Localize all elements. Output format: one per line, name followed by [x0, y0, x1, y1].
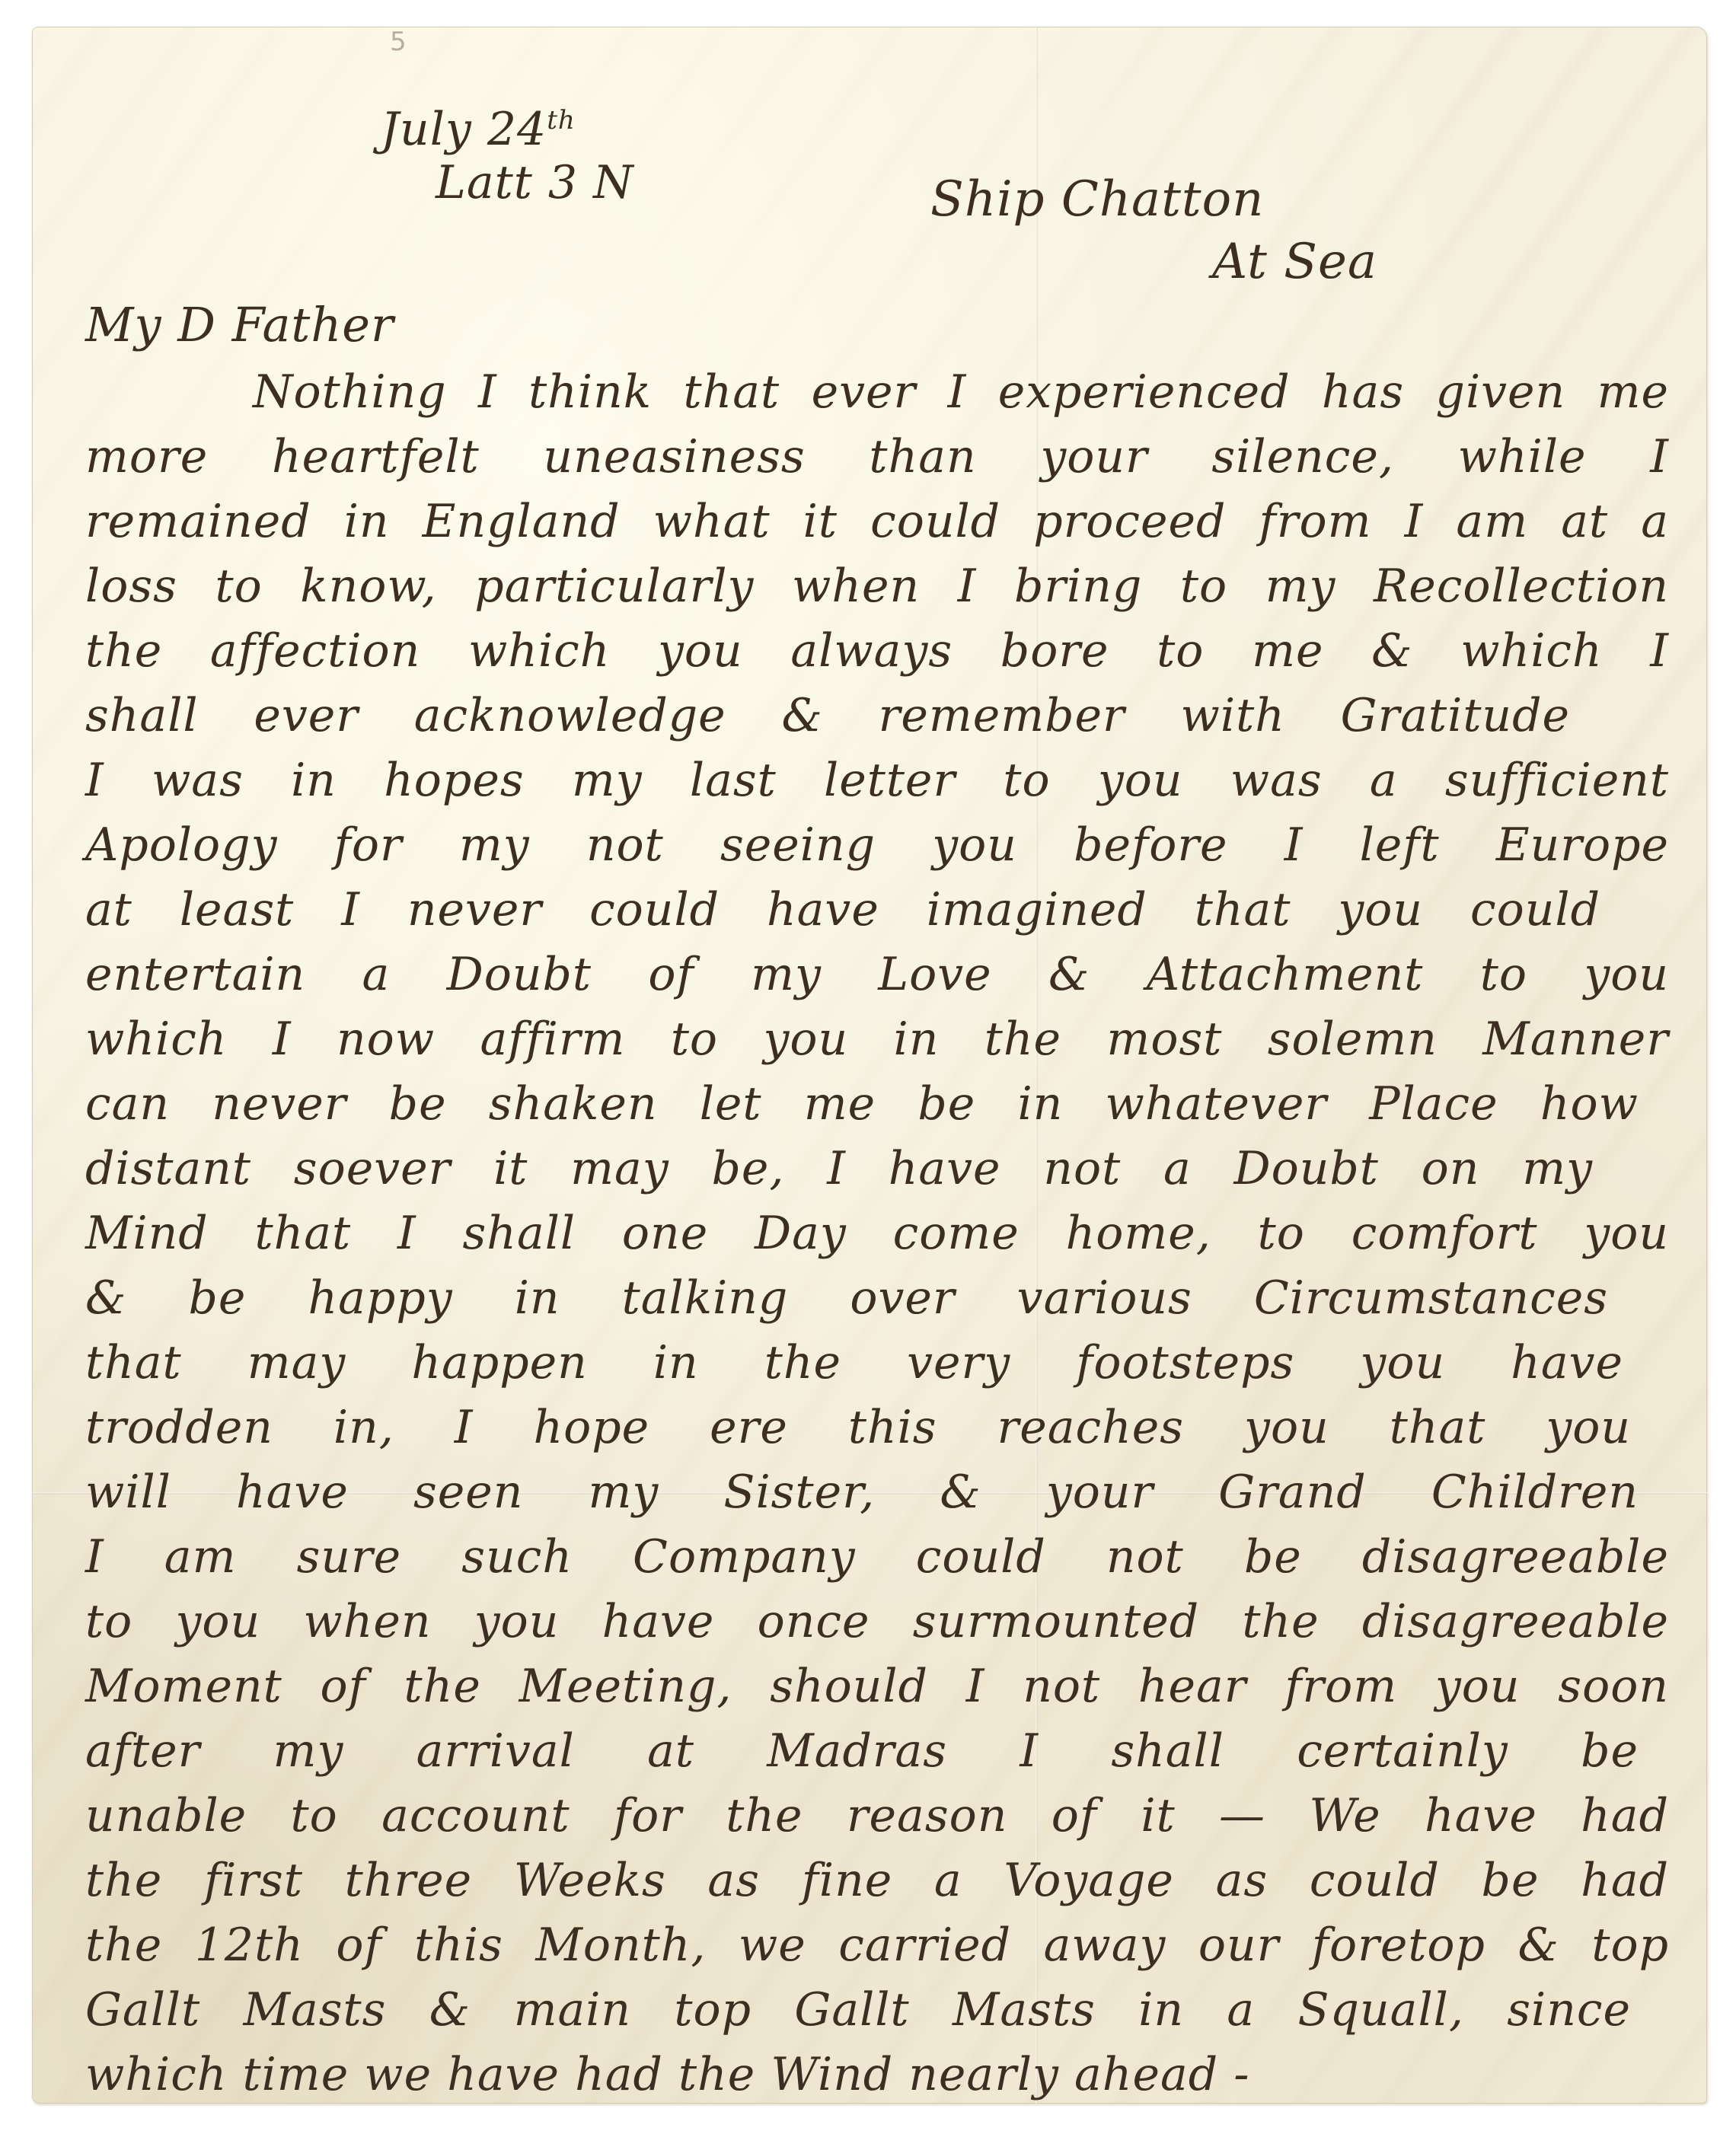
body-line-15: & be happy in talking over various Circu… — [85, 1271, 1608, 1325]
body-line-4: loss to know, particularly when I bring … — [85, 560, 1669, 613]
body-line-8: Apology for my not seeing you before I l… — [85, 818, 1669, 872]
body-line-2: more heartfelt uneasiness than your sile… — [85, 430, 1669, 483]
body-line-18: will have seen my Sister, & your Grand C… — [85, 1466, 1639, 1519]
body-line-1: Nothing I think that ever I experienced … — [253, 365, 1669, 419]
body-line-9: at least I never could have imagined tha… — [85, 883, 1600, 936]
body-line-12: can never be shaken let me be in whateve… — [85, 1077, 1639, 1131]
body-line-5: the affection which you always bore to m… — [85, 624, 1669, 678]
latitude-note: Latt 3 N — [436, 156, 634, 209]
at-sea-line: At Sea — [1212, 234, 1377, 290]
date-suffix: th — [547, 105, 576, 136]
letter-page: 5 July 24th Latt 3 N Ship Chatton At Sea… — [32, 27, 1707, 2104]
body-line-14: Mind that I shall one Day come home, to … — [85, 1207, 1669, 1260]
body-line-17: trodden in, I hope ere this reaches you … — [85, 1401, 1631, 1454]
body-line-23: unable to account for the reason of it —… — [85, 1789, 1669, 1842]
body-line-7: I was in hopes my last letter to you was… — [85, 754, 1669, 807]
body-line-20: to you when you have once surmounted the… — [85, 1595, 1669, 1648]
body-line-19: I am sure such Company could not be disa… — [85, 1530, 1669, 1584]
body-line-24: the first three Weeks as fine a Voyage a… — [85, 1854, 1669, 1907]
body-line-10: entertain a Doubt of my Love & Attachmen… — [85, 948, 1669, 1001]
letter-date: July 24th — [381, 103, 576, 156]
body-line-27: which time we have had the Wind nearly a… — [85, 2048, 1669, 2101]
body-line-11: which I now affirm to you in the most so… — [85, 1013, 1669, 1066]
body-line-13: distant soever it may be, I have not a D… — [85, 1142, 1593, 1195]
body-line-16: that may happen in the very footsteps yo… — [85, 1336, 1623, 1389]
salutation: My D Father — [85, 297, 394, 352]
pencil-page-number: 5 — [390, 27, 407, 57]
body-line-26: Gallt Masts & main top Gallt Masts in a … — [85, 1983, 1631, 2037]
body-line-3: remained in England what it could procee… — [85, 495, 1669, 548]
body-line-21: Moment of the Meeting, should I not hear… — [85, 1660, 1669, 1713]
body-line-6: shall ever acknowledge & remember with G… — [85, 689, 1570, 742]
date-text: July 24 — [381, 103, 547, 156]
body-line-22: after my arrival at Madras I shall certa… — [85, 1724, 1639, 1778]
body-line-25: the 12th of this Month, we carried away … — [85, 1919, 1669, 1972]
ship-name: Ship Chatton — [930, 171, 1264, 228]
